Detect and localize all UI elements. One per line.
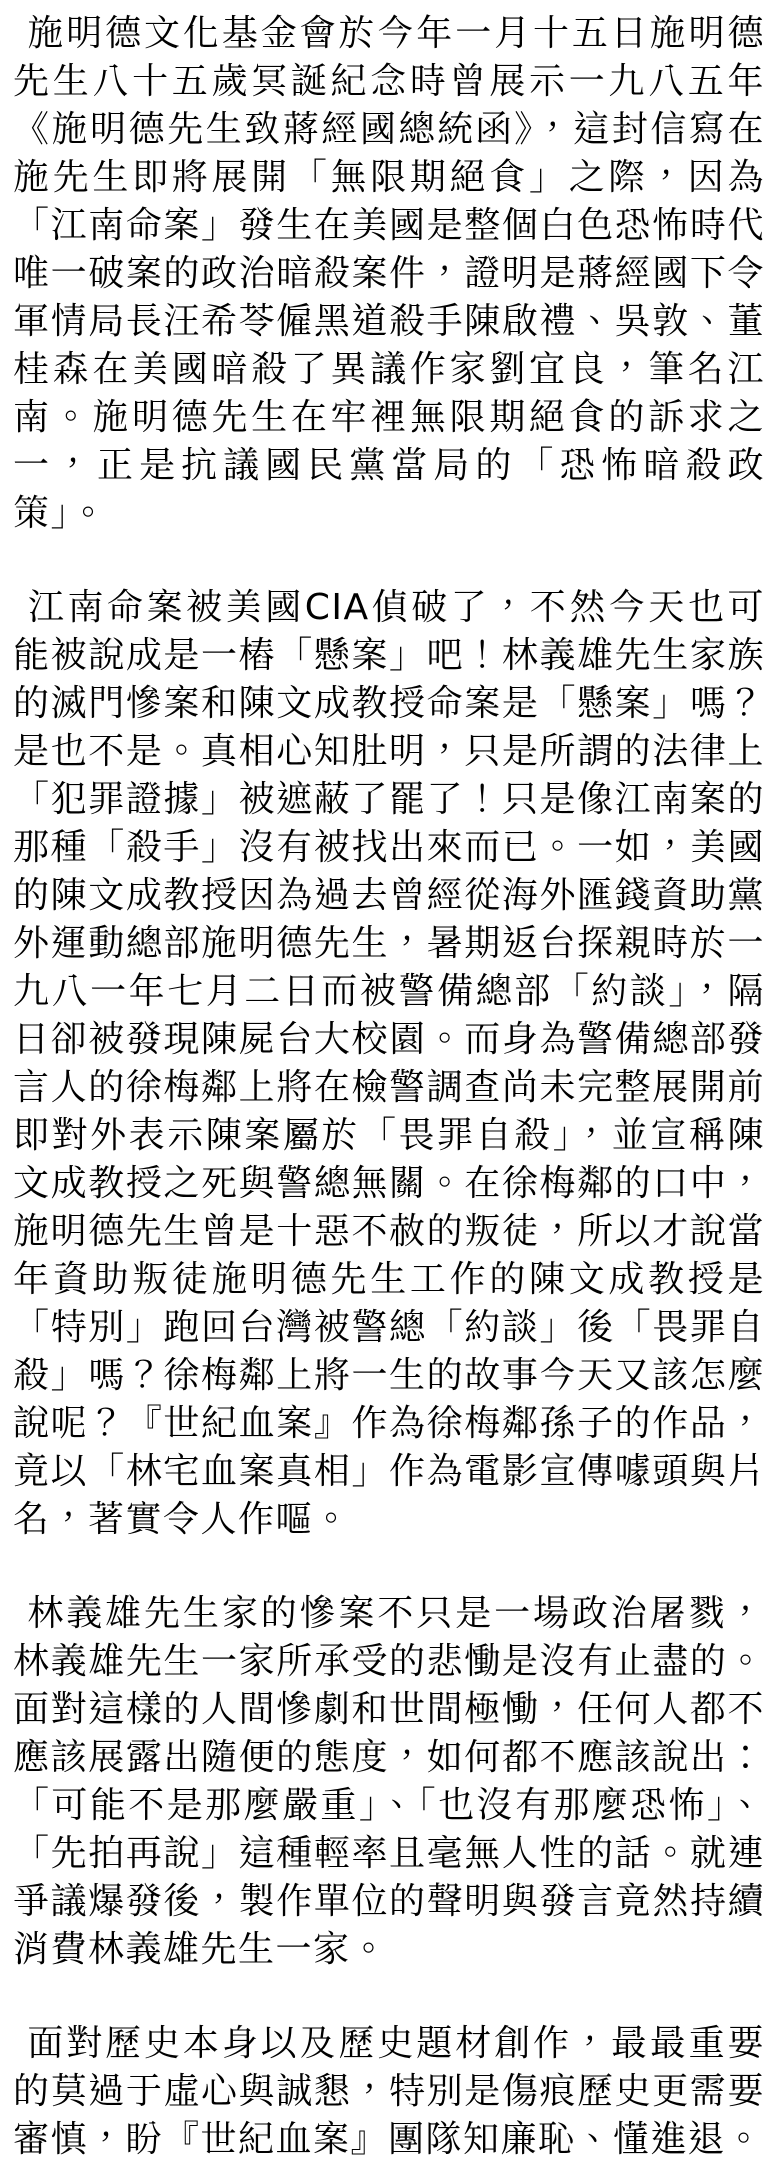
paragraph-4: 面對歷史本身以及歷史題材創作，最最重要的莫過于虛心與誠懇，特別是傷痕歷史更需要審…: [13, 2020, 765, 2164]
article-page: 施明德文化基金會於今年一月十五日施明德先生八十五歲冥誕紀念時曾展示一九八五年《施…: [0, 0, 778, 2184]
article-text: 施明德文化基金會於今年一月十五日施明德先生八十五歲冥誕紀念時曾展示一九八五年《施…: [13, 10, 765, 2164]
paragraph-1: 施明德文化基金會於今年一月十五日施明德先生八十五歲冥誕紀念時曾展示一九八五年《施…: [13, 10, 765, 538]
paragraph-2: 江南命案被美國CIA偵破了，不然今天也可能被說成是一樁「懸案」吧！林義雄先生家族…: [13, 584, 765, 1544]
paragraph-3: 林義雄先生家的慘案不只是一場政治屠戮，林義雄先生一家所承受的悲慟是沒有止盡的。面…: [13, 1590, 765, 1974]
